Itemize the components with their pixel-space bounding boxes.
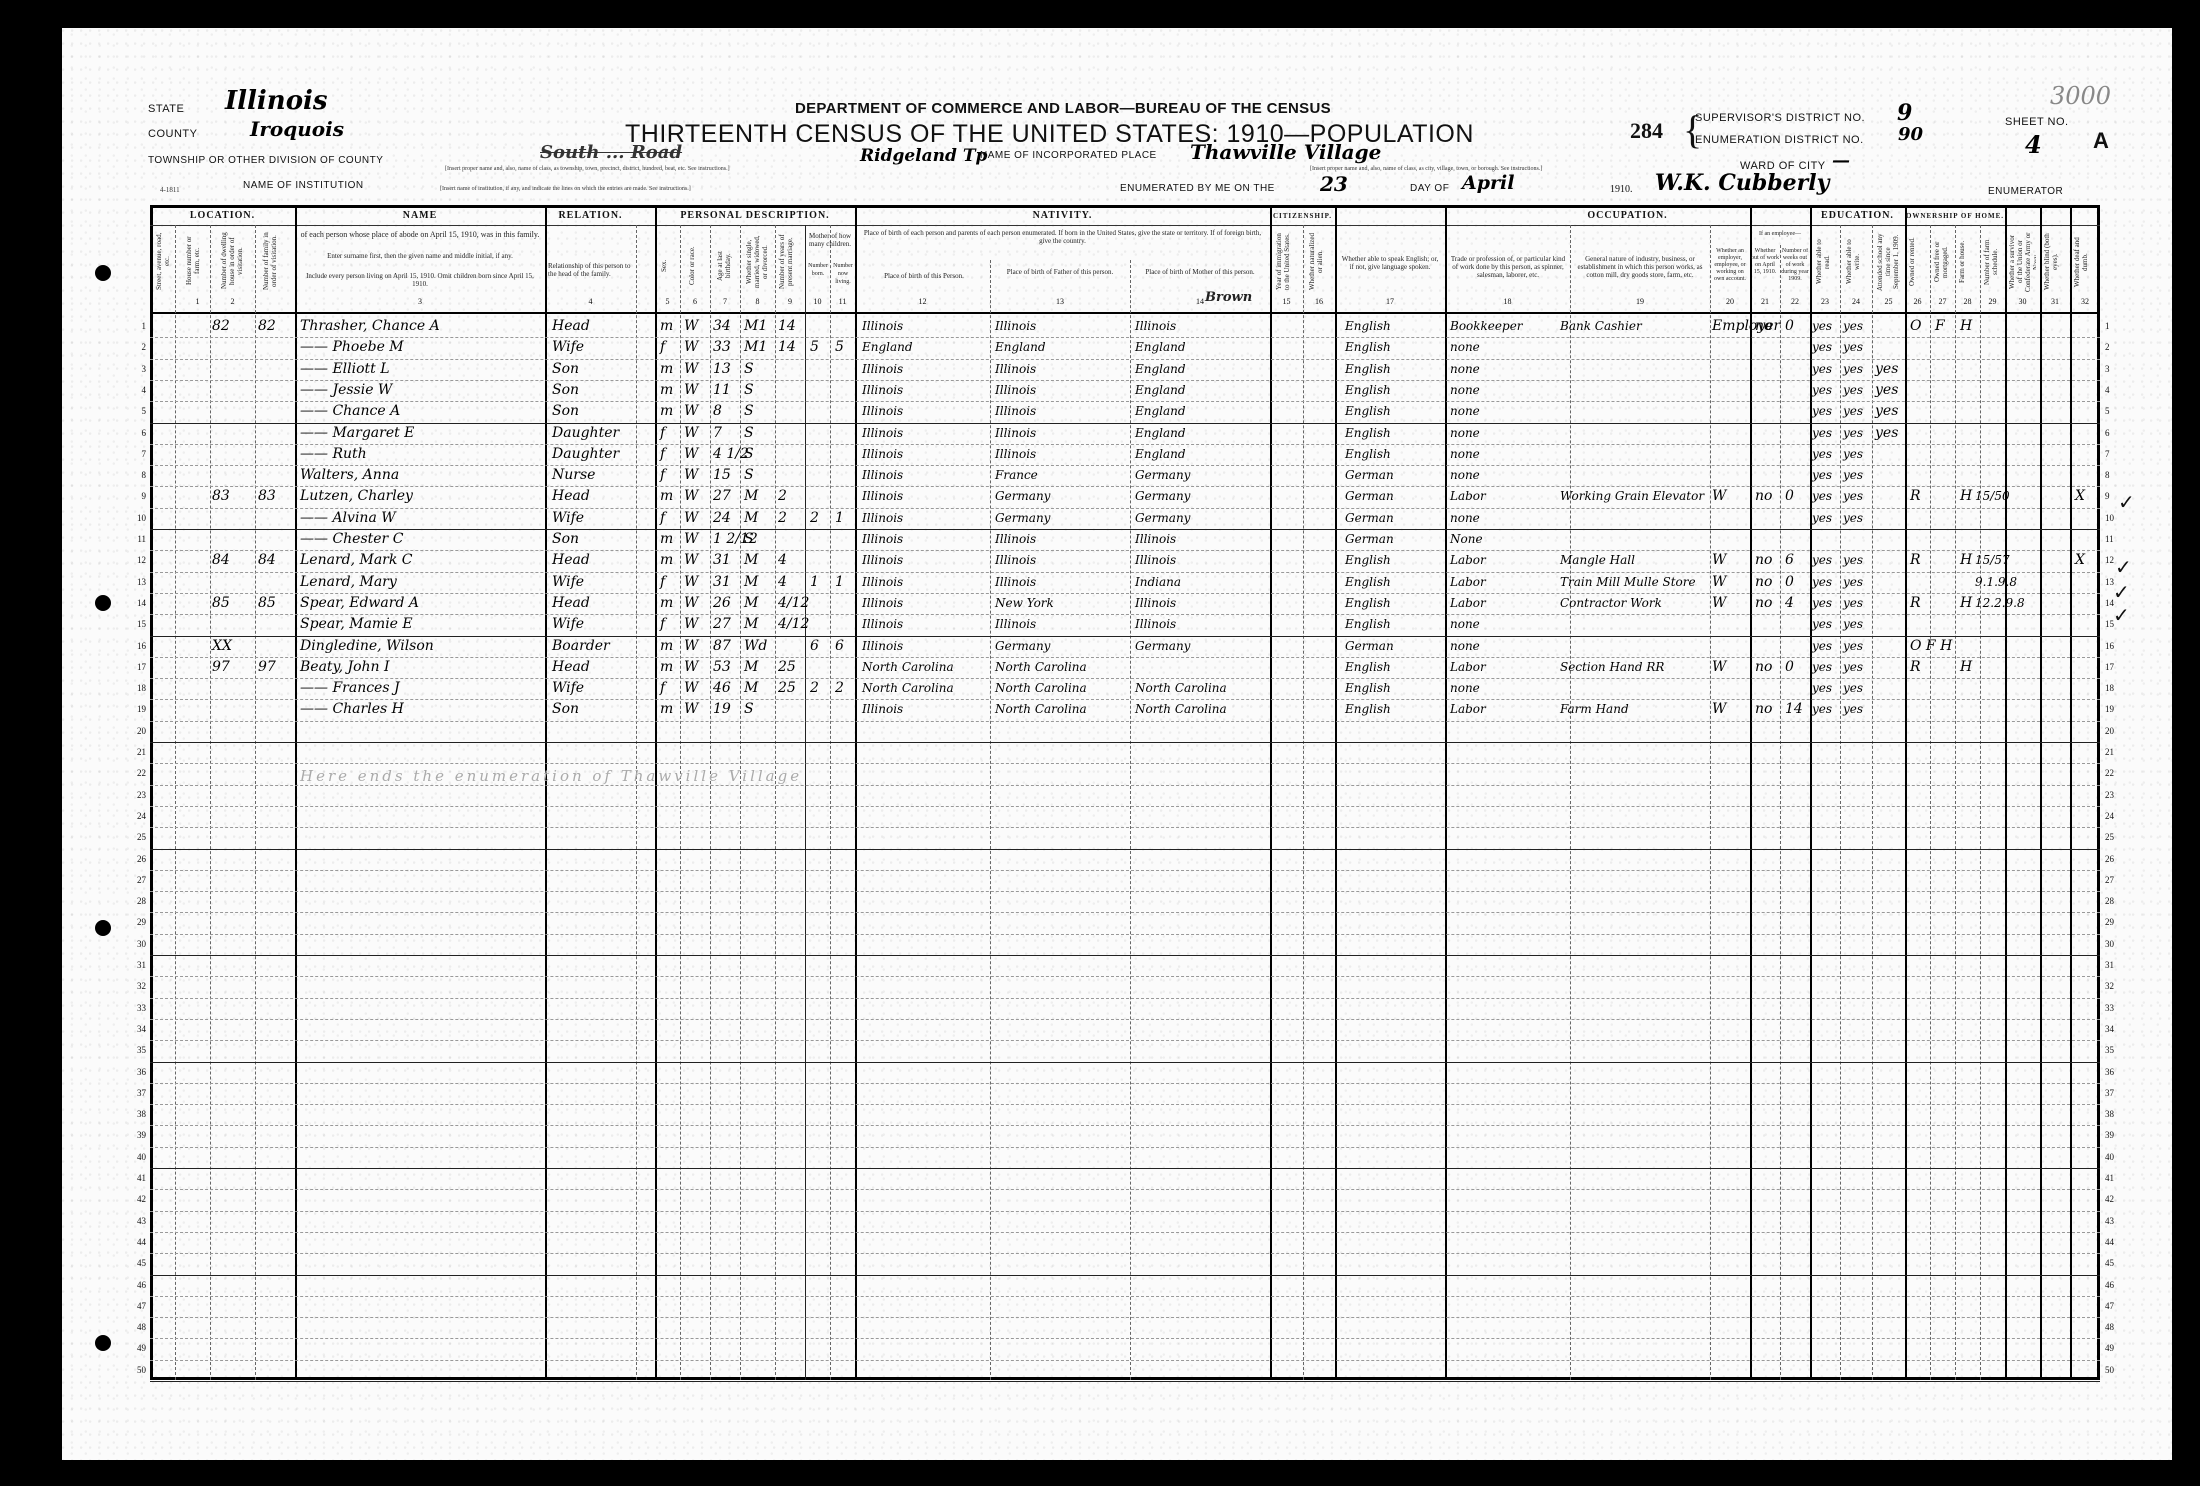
line-number-right: 16 (2105, 641, 2123, 651)
children-living-cell: 5 (835, 337, 844, 357)
trade-cell: Labor (1450, 699, 1486, 719)
ward-value: — (1832, 150, 1850, 171)
line-number-left: 45 (128, 1258, 146, 1268)
weeks-out-cell: 4 (1785, 593, 1794, 613)
group-education: EDUCATION. (1810, 210, 1905, 221)
trade-cell: Labor (1450, 657, 1486, 677)
race-cell: W (684, 401, 698, 421)
supervisor-value: 9 (1897, 100, 1912, 126)
birthplace-cell: Illinois (862, 380, 903, 400)
age-cell: 7 (713, 423, 722, 443)
able-to-read-cell: yes (1812, 465, 1832, 485)
trade-cell: none (1450, 508, 1480, 528)
line-number-left: 18 (128, 683, 146, 693)
col-num: 5 (655, 297, 680, 306)
marital-status-cell: M (744, 593, 758, 613)
line-number-left: 16 (128, 641, 146, 651)
age-cell: 27 (713, 486, 731, 506)
header-survivor: Whether a survivor of the Union or Confe… (2008, 232, 2036, 292)
line-number-left: 44 (128, 1237, 146, 1247)
county-value: Iroquois (250, 117, 344, 141)
header-read: Whether able to read. (1815, 232, 1837, 292)
census-table (150, 205, 2100, 1380)
able-to-write-cell: yes (1843, 401, 1863, 421)
col-num: 6 (680, 297, 710, 306)
col-num: 2 (210, 297, 255, 306)
able-to-write-cell: yes (1843, 550, 1863, 570)
race-cell: W (684, 359, 698, 379)
header-birth-mother: Place of birth of Mother of this person. (1135, 268, 1265, 276)
marital-status-cell: Wd (744, 636, 767, 656)
years-married-cell: 25 (778, 657, 796, 677)
race-cell: W (684, 486, 698, 506)
language-spoken-cell: English (1345, 359, 1391, 379)
line-number-left: 38 (128, 1109, 146, 1119)
employer-status-cell: W (1712, 572, 1726, 592)
person-name-cell: —— Ruth (300, 444, 367, 464)
owned-rented-cell: O (1910, 316, 1921, 336)
enumerated-month: April (1462, 172, 1514, 194)
able-to-read-cell: yes (1812, 337, 1832, 357)
col-num: 7 (710, 297, 740, 306)
line-number-right: 49 (2105, 1343, 2123, 1353)
birthplace-cell: North Carolina (862, 678, 954, 698)
dwelling-number-cell: XX (212, 636, 232, 656)
header-nativity-note: Place of birth of each person and parent… (860, 229, 1265, 245)
able-to-read-cell: yes (1812, 614, 1832, 634)
township-label: TOWNSHIP OR OTHER DIVISION OF COUNTY (148, 155, 383, 166)
birthplace-cell: Illinois (862, 465, 903, 485)
marital-status-cell: M1 (744, 316, 767, 336)
father-birthplace-cell: Germany (995, 508, 1050, 528)
line-number-right: 44 (2105, 1237, 2123, 1247)
family-number-cell: 82 (258, 316, 276, 336)
line-number-left: 1 (128, 321, 146, 331)
header-blind: Whether blind (both eyes). (2043, 232, 2067, 292)
relation-cell: Head (552, 316, 590, 336)
mother-birthplace-cell: Germany (1135, 465, 1190, 485)
line-number-left: 41 (128, 1173, 146, 1183)
mother-birthplace-cell: England (1135, 337, 1186, 357)
children-born-cell: 1 (810, 572, 819, 592)
mother-birthplace-cell: England (1135, 359, 1186, 379)
birthplace-cell: Illinois (862, 593, 903, 613)
col-num: 28 (1955, 297, 1980, 306)
sex-cell: m (660, 380, 673, 400)
line-number-left: 2 (128, 342, 146, 352)
able-to-write-cell: yes (1843, 572, 1863, 592)
header-race: Color or race. (688, 240, 703, 292)
line-number-left: 47 (128, 1301, 146, 1311)
col-num: 8 (740, 297, 775, 306)
col-num: 12 (855, 297, 990, 306)
race-cell: W (684, 316, 698, 336)
sex-cell: m (660, 486, 673, 506)
race-cell: W (684, 593, 698, 613)
sex-cell: f (660, 423, 665, 443)
birthplace-cell: Illinois (862, 550, 903, 570)
col-num: 24 (1840, 297, 1872, 306)
punch-hole (95, 920, 111, 936)
employer-status-cell: W (1712, 593, 1726, 613)
checkmark-icon: ✓ (2113, 603, 2130, 627)
line-number-right: 7 (2105, 449, 2123, 459)
checkmark-icon: ✓ (2118, 490, 2135, 514)
marital-status-cell: M (744, 657, 758, 677)
line-number-right: 18 (2105, 683, 2123, 693)
mother-birthplace-cell: Germany (1135, 508, 1190, 528)
sex-cell: f (660, 465, 665, 485)
header-farm-house: Farm or house. (1958, 232, 1978, 292)
header-free-mortgaged: Owned free or mortgaged. (1933, 232, 1953, 292)
group-relation: RELATION. (545, 210, 636, 221)
trade-cell: none (1450, 465, 1480, 485)
line-number-right: 33 (2105, 1003, 2123, 1013)
relation-cell: Wife (552, 508, 584, 528)
age-cell: 13 (713, 359, 731, 379)
children-living-cell: 6 (835, 636, 844, 656)
language-spoken-cell: English (1345, 699, 1391, 719)
line-number-right: 30 (2105, 939, 2123, 949)
line-number-left: 34 (128, 1024, 146, 1034)
weeks-out-cell: 0 (1785, 572, 1794, 592)
race-cell: W (684, 529, 698, 549)
header-birth-person: Place of birth of this Person. (860, 272, 988, 280)
line-number-right: 31 (2105, 960, 2123, 970)
line-number-right: 27 (2105, 875, 2123, 885)
attended-school-cell: yes (1875, 401, 1898, 421)
sex-cell: m (660, 401, 673, 421)
relation-cell: Daughter (552, 444, 619, 464)
dwelling-number-cell: 84 (212, 550, 230, 570)
trade-cell: none (1450, 380, 1480, 400)
person-name-cell: —— Alvina W (300, 508, 396, 528)
trade-cell: Labor (1450, 593, 1486, 613)
family-number-cell: 83 (258, 486, 276, 506)
line-number-left: 7 (128, 449, 146, 459)
birthplace-cell: Illinois (862, 572, 903, 592)
person-name-cell: —— Charles H (300, 699, 404, 719)
birthplace-cell: Illinois (862, 486, 903, 506)
able-to-write-cell: yes (1843, 444, 1863, 464)
header-marital: Whether single, married, widowed, or div… (745, 232, 771, 292)
header-name-title: of each person whose place of abode on A… (300, 230, 540, 240)
header-years-married: Number of years of present marriage. (778, 232, 802, 292)
sheet-side: A (2093, 128, 2109, 154)
punch-hole (95, 1335, 111, 1351)
line-number-right: 26 (2105, 854, 2123, 864)
mother-birthplace-cell: Germany (1135, 636, 1190, 656)
relation-cell: Daughter (552, 423, 619, 443)
punch-hole (95, 595, 111, 611)
trade-cell: none (1450, 614, 1480, 634)
able-to-read-cell: yes (1812, 593, 1832, 613)
relation-cell: Son (552, 380, 579, 400)
able-to-write-cell: yes (1843, 316, 1863, 336)
relation-cell: Wife (552, 572, 584, 592)
able-to-write-cell: yes (1843, 380, 1863, 400)
birthplace-cell: North Carolina (862, 657, 954, 677)
day-of-label: DAY OF (1410, 183, 1449, 194)
weeks-out-cell: 0 (1785, 486, 1794, 506)
line-number-left: 17 (128, 662, 146, 672)
birthplace-cell: Illinois (862, 359, 903, 379)
mother-birthplace-cell: England (1135, 444, 1186, 464)
father-birthplace-cell: Illinois (995, 614, 1036, 634)
father-birthplace-cell: Illinois (995, 380, 1036, 400)
age-cell: 11 (713, 380, 731, 400)
owned-rented-cell: R (1910, 657, 1921, 677)
checkmark-icon: ✓ (2115, 555, 2132, 579)
birthplace-cell: Illinois (862, 508, 903, 528)
col-num: 32 (2070, 297, 2100, 306)
trade-cell: None (1450, 529, 1483, 549)
line-number-left: 14 (128, 598, 146, 608)
years-married-cell: 2 (778, 508, 787, 528)
trade-cell: Labor (1450, 486, 1486, 506)
col-num: 29 (1980, 297, 2005, 306)
years-married-cell: 4/12 (778, 614, 809, 634)
race-cell: W (684, 380, 698, 400)
enumerator-label: ENUMERATOR (1988, 186, 2063, 197)
line-number-right: 42 (2105, 1194, 2123, 1204)
line-number-right: 5 (2105, 406, 2123, 416)
col-num: 23 (1810, 297, 1840, 306)
person-name-cell: —— Phoebe M (300, 337, 404, 357)
line-number-left: 20 (128, 726, 146, 736)
stamp-number: 3000 (2050, 82, 2111, 110)
marital-status-cell: S (744, 444, 754, 464)
mother-birthplace-cell: England (1135, 401, 1186, 421)
line-number-left: 46 (128, 1280, 146, 1290)
father-birthplace-cell: England (995, 337, 1046, 357)
weeks-out-cell: 0 (1785, 316, 1794, 336)
out-of-work-cell: no (1755, 699, 1772, 719)
relation-cell: Head (552, 593, 590, 613)
children-born-cell: 2 (810, 678, 819, 698)
marital-status-cell: S (744, 529, 754, 549)
language-spoken-cell: English (1345, 614, 1391, 634)
mother-birthplace-cell: North Carolina (1135, 699, 1227, 719)
marital-status-cell: M (744, 550, 758, 570)
birthplace-cell: Illinois (862, 636, 903, 656)
col-num: 21 (1750, 297, 1780, 306)
relation-cell: Head (552, 550, 590, 570)
header-trade: Trade or profession of, or particular ki… (1448, 255, 1568, 279)
line-number-left: 35 (128, 1045, 146, 1055)
line-number-right: 43 (2105, 1216, 2123, 1226)
father-birthplace-cell: Illinois (995, 550, 1036, 570)
trade-cell: Labor (1450, 572, 1486, 592)
out-of-work-cell: no (1755, 572, 1772, 592)
able-to-write-cell: yes (1843, 359, 1863, 379)
father-birthplace-cell: North Carolina (995, 699, 1087, 719)
line-number-right: 17 (2105, 662, 2123, 672)
header-employer: Whether an employer, employee, or workin… (1711, 248, 1749, 283)
header-number-living: Number now living. (831, 262, 855, 286)
person-name-cell: Spear, Mamie E (300, 614, 413, 634)
supervisor-label: SUPERVISOR'S DISTRICT NO. (1695, 112, 1865, 124)
owned-rented-cell: R (1910, 486, 1921, 506)
trade-cell: none (1450, 636, 1480, 656)
survivor-cell: X (2075, 550, 2085, 570)
years-married-cell: 14 (778, 316, 796, 336)
col-num: 22 (1780, 297, 1810, 306)
father-birthplace-cell: Illinois (995, 444, 1036, 464)
institution-instruction: [Insert name of institution, if any, and… (440, 186, 1080, 192)
age-cell: 19 (713, 699, 731, 719)
sex-cell: f (660, 614, 665, 634)
person-name-cell: Walters, Anna (300, 465, 399, 485)
line-number-right: 22 (2105, 768, 2123, 778)
line-number-left: 33 (128, 1003, 146, 1013)
free-mortgaged-cell: F (1935, 316, 1945, 336)
children-born-cell: 2 (810, 508, 819, 528)
person-name-cell: Lenard, Mary (300, 572, 397, 592)
trade-cell: none (1450, 444, 1480, 464)
col-num: 1 (185, 297, 210, 306)
age-cell: 24 (713, 508, 731, 528)
line-number-right: 38 (2105, 1109, 2123, 1119)
header-age: Age at last birthday. (716, 240, 734, 292)
line-number-left: 13 (128, 577, 146, 587)
header-house-number: House number or farm, etc. (185, 230, 203, 292)
line-number-right: 32 (2105, 981, 2123, 991)
relation-cell: Head (552, 486, 590, 506)
birthplace-cell: Illinois (862, 529, 903, 549)
person-name-cell: Thrasher, Chance A (300, 316, 440, 336)
line-number-right: 28 (2105, 896, 2123, 906)
years-married-cell: 4 (778, 572, 787, 592)
out-of-work-cell: no (1755, 486, 1772, 506)
attended-school-cell: yes (1875, 359, 1898, 379)
person-name-cell: —— Elliott L (300, 359, 390, 379)
age-cell: 15 (713, 465, 731, 485)
able-to-read-cell: yes (1812, 699, 1832, 719)
sex-cell: m (660, 657, 673, 677)
header-industry: General nature of industry, business, or… (1573, 255, 1707, 279)
relation-cell: Son (552, 359, 579, 379)
mother-birthplace-cell: Germany (1135, 486, 1190, 506)
header-owned-rented: Owned or rented. (1908, 232, 1928, 292)
children-living-cell: 2 (835, 678, 844, 698)
weeks-out-cell: 14 (1785, 699, 1803, 719)
trade-cell: none (1450, 423, 1480, 443)
industry-cell: Train Mill Mulle Store (1560, 572, 1696, 592)
marital-status-cell: S (744, 465, 754, 485)
family-number-cell: 97 (258, 657, 276, 677)
able-to-read-cell: yes (1812, 508, 1832, 528)
birthplace-cell: Illinois (862, 316, 903, 336)
line-number-right: 41 (2105, 1173, 2123, 1183)
line-number-left: 30 (128, 939, 146, 949)
industry-cell: Section Hand RR (1560, 657, 1664, 677)
trade-cell: none (1450, 359, 1480, 379)
language-spoken-cell: English (1345, 380, 1391, 400)
industry-cell: Bank Cashier (1560, 316, 1642, 336)
enumeration-value: 90 (1898, 124, 1923, 145)
trade-cell: none (1450, 401, 1480, 421)
line-number-left: 48 (128, 1322, 146, 1332)
line-number-right: 40 (2105, 1152, 2123, 1162)
able-to-write-cell: yes (1843, 593, 1863, 613)
person-name-cell: —— Frances J (300, 678, 400, 698)
line-number-left: 32 (128, 981, 146, 991)
family-number-cell: 85 (258, 593, 276, 613)
header-speak-english: Whether able to speak English; or, if no… (1340, 255, 1440, 271)
employer-status-cell: W (1712, 550, 1726, 570)
sex-cell: f (660, 572, 665, 592)
sex-cell: f (660, 337, 665, 357)
able-to-read-cell: yes (1812, 550, 1832, 570)
language-spoken-cell: English (1345, 550, 1391, 570)
header-relationship: Relationship of this person to the head … (548, 262, 633, 278)
dwelling-number-cell: 82 (212, 316, 230, 336)
group-nativity: NATIVITY. (855, 210, 1270, 221)
race-cell: W (684, 423, 698, 443)
ward-label: WARD OF CITY (1740, 160, 1826, 172)
language-spoken-cell: English (1345, 423, 1391, 443)
dwelling-number-cell: 83 (212, 486, 230, 506)
children-born-cell: 5 (810, 337, 819, 357)
group-name: NAME (295, 210, 545, 221)
father-birthplace-cell: North Carolina (995, 678, 1087, 698)
employer-status-cell: W (1712, 486, 1726, 506)
race-cell: W (684, 614, 698, 634)
marital-status-cell: M (744, 486, 758, 506)
birthplace-cell: Illinois (862, 401, 903, 421)
closing-note: Here ends the enumeration of Thawville V… (300, 767, 802, 785)
relation-cell: Head (552, 657, 590, 677)
farm-schedule-cell: 15/50 (1975, 486, 2010, 506)
language-spoken-cell: German (1345, 508, 1394, 528)
enumeration-label: ENUMERATION DISTRICT NO. (1695, 134, 1864, 146)
line-number-left: 50 (128, 1365, 146, 1375)
mother-birthplace-cell: Illinois (1135, 614, 1176, 634)
relation-cell: Son (552, 529, 579, 549)
line-number-right: 37 (2105, 1088, 2123, 1098)
years-married-cell: 25 (778, 678, 796, 698)
employer-status-cell: W (1712, 657, 1726, 677)
line-number-left: 27 (128, 875, 146, 885)
header-mother-of: Mother of how many children. (806, 232, 854, 248)
able-to-write-cell: yes (1843, 337, 1863, 357)
mother-birthplace-cell: England (1135, 380, 1186, 400)
sheet-label: SHEET NO. (2005, 116, 2069, 128)
father-birthplace-cell: North Carolina (995, 657, 1087, 677)
line-number-left: 6 (128, 428, 146, 438)
out-of-work-cell: no (1755, 550, 1772, 570)
form-code: 4-1811 (160, 186, 180, 194)
age-cell: 33 (713, 337, 731, 357)
line-number-right: 39 (2105, 1130, 2123, 1140)
birthplace-cell: Illinois (862, 423, 903, 443)
mother-birthplace-cell: North Carolina (1135, 678, 1227, 698)
header-dwelling-number: Number of dwelling house in order of vis… (220, 230, 248, 292)
checkmark-icon: ✓ (2113, 580, 2130, 604)
farm-house-cell: H (1960, 657, 1972, 677)
years-married-cell: 2 (778, 486, 787, 506)
trade-cell: none (1450, 337, 1480, 357)
relation-cell: Wife (552, 337, 584, 357)
children-living-cell: 1 (835, 508, 844, 528)
marital-status-cell: M (744, 508, 758, 528)
able-to-read-cell: yes (1812, 423, 1832, 443)
sex-cell: f (660, 508, 665, 528)
marital-status-cell: M (744, 572, 758, 592)
father-birthplace-cell: Illinois (995, 359, 1036, 379)
able-to-read-cell: yes (1812, 444, 1832, 464)
